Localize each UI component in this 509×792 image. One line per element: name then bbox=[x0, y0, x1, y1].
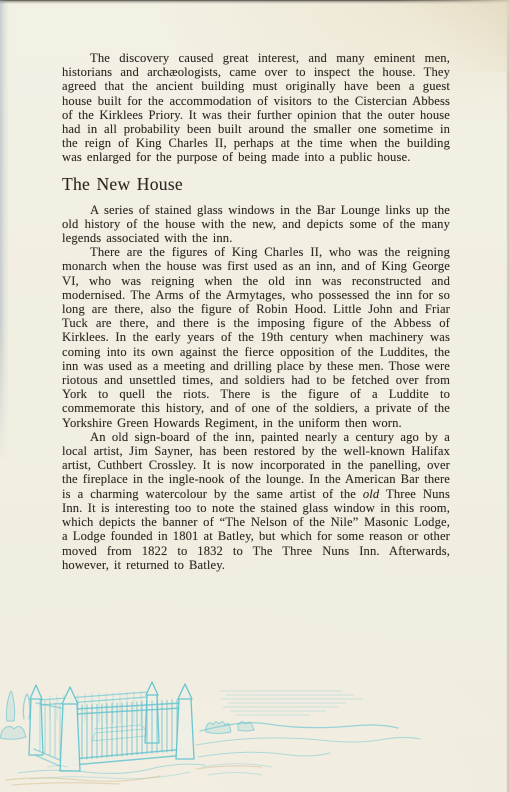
scanned-booklet-page: The discovery caused great interest, and… bbox=[0, 0, 509, 792]
paragraph-stained-glass: A series of stained glass windows in the… bbox=[62, 203, 450, 246]
scan-edge-left bbox=[0, 0, 9, 462]
paragraph-signboard: An old sign-board of the inn, painted ne… bbox=[62, 430, 450, 572]
paragraph-figures-and-luddites: There are the figures of King Charles II… bbox=[62, 245, 450, 430]
signboard-italic-old: old bbox=[363, 487, 379, 501]
paragraph-discovery: The discovery caused great interest, and… bbox=[62, 51, 450, 165]
grave-monument-sketch-illustration bbox=[0, 679, 470, 792]
scan-edge-top bbox=[0, 0, 509, 4]
section-heading-the-new-house: The New House bbox=[62, 174, 450, 195]
page-text-column: The discovery caused great interest, and… bbox=[62, 51, 450, 572]
